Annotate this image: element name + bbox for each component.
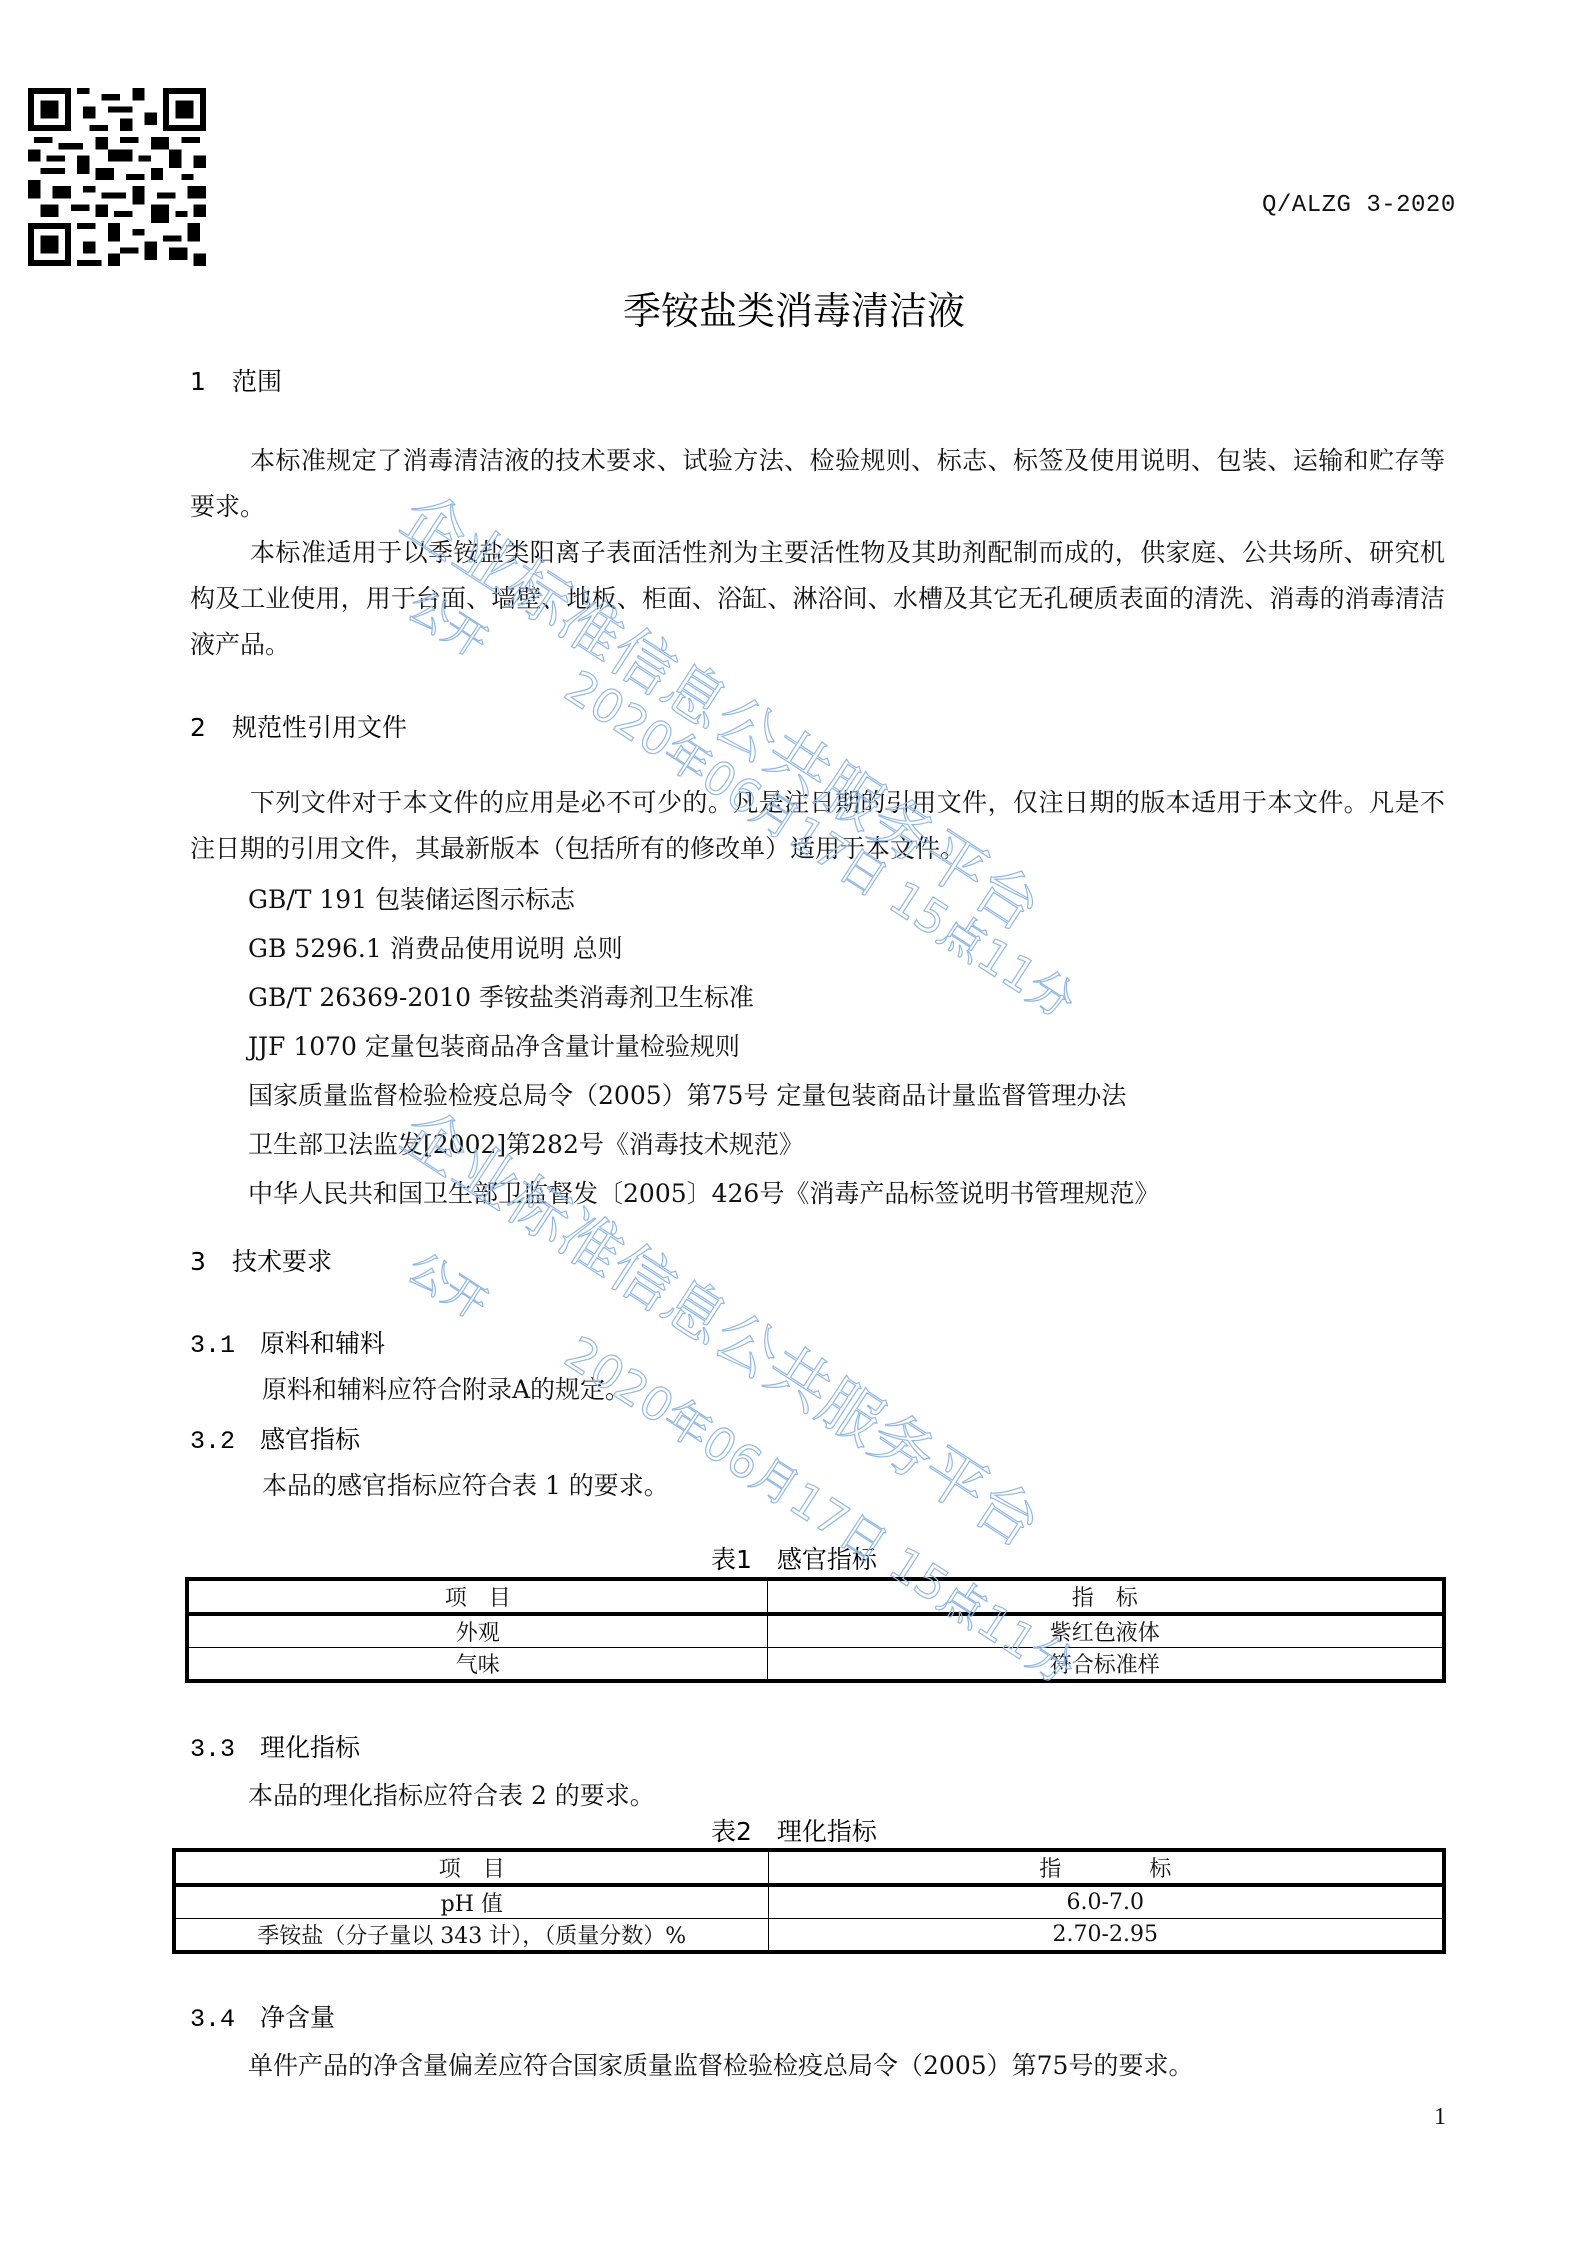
section-3-4-heading: 3.4净含量	[190, 1998, 335, 2034]
section-3-1-heading: 3.1原料和辅料	[190, 1324, 385, 1360]
table-cell: 季铵盐（分子量以 343 计），（质量分数）%	[174, 1919, 768, 1953]
qr-code-icon	[28, 88, 206, 266]
table-header-cell: 项 目	[174, 1850, 768, 1885]
section-number: 3.1	[190, 1331, 260, 1360]
section-3-3-heading: 3.3理化指标	[190, 1728, 360, 1764]
watermark-public: 公开	[397, 1236, 500, 1332]
table-header-cell: 指 标	[768, 1850, 1444, 1885]
table-cell: pH 值	[174, 1885, 768, 1919]
page-title: 季铵盐类消毒清洁液	[0, 280, 1588, 335]
section-number: 2	[190, 713, 232, 742]
references-intro: 下列文件对于本文件的应用是必不可少的。凡是注日期的引用文件，仅注日期的版本适用于…	[190, 780, 1445, 872]
section-3-2-heading: 3.2感官指标	[190, 1420, 360, 1456]
section-number: 3.3	[190, 1735, 260, 1764]
section-number: 1	[190, 367, 232, 396]
section-number: 3.2	[190, 1427, 260, 1456]
document-code: Q/ALZG 3-2020	[1262, 192, 1456, 219]
section-title: 净含量	[260, 2003, 335, 2032]
reference-item: GB 5296.1 消费品使用说明 总则	[248, 929, 623, 965]
table-cell: 紫红色液体	[767, 1614, 1444, 1648]
section-title: 理化指标	[260, 1733, 360, 1762]
table-header-cell: 项 目	[187, 1579, 767, 1614]
table-row: 季铵盐（分子量以 343 计），（质量分数）% 2.70-2.95	[174, 1919, 1444, 1953]
section-1-heading: 1范围	[190, 362, 282, 398]
reference-item: 卫生部卫法监发[2002]第282号《消毒技术规范》	[248, 1125, 804, 1161]
table-cell: 2.70-2.95	[768, 1919, 1444, 1953]
scope-paragraph-2: 本标准适用于以季铵盐类阳离子表面活性剂为主要活性物及其助剂配制而成的，供家庭、公…	[190, 530, 1445, 668]
section-title: 感官指标	[260, 1425, 360, 1454]
section-title: 范围	[232, 367, 282, 396]
table-header-row: 项 目 指 标	[187, 1579, 1444, 1614]
table-cell: 外观	[187, 1614, 767, 1648]
table-cell: 符合标准样	[767, 1648, 1444, 1682]
table-2-caption: 表2 理化指标	[0, 1812, 1588, 1848]
table-header-row: 项 目 指 标	[174, 1850, 1444, 1885]
section-3-1-text: 原料和辅料应符合附录A的规定。	[262, 1370, 630, 1406]
section-number: 3	[190, 1247, 232, 1276]
table-1-sensory: 项 目 指 标 外观 紫红色液体 气味 符合标准样	[185, 1577, 1446, 1683]
section-title: 规范性引用文件	[232, 713, 407, 742]
table-cell: 6.0-7.0	[768, 1885, 1444, 1919]
section-2-heading: 2规范性引用文件	[190, 708, 407, 744]
table-header-cell: 指 标	[767, 1579, 1444, 1614]
table-row: 外观 紫红色液体	[187, 1614, 1444, 1648]
scope-paragraph-1: 本标准规定了消毒清洁液的技术要求、试验方法、检验规则、标志、标签及使用说明、包装…	[190, 438, 1445, 530]
section-number: 3.4	[190, 2005, 260, 2034]
reference-item: GB/T 26369-2010 季铵盐类消毒剂卫生标准	[248, 978, 754, 1014]
table-2-physicochemical: 项 目 指 标 pH 值 6.0-7.0 季铵盐（分子量以 343 计），（质量…	[172, 1848, 1446, 1954]
section-3-heading: 3技术要求	[190, 1242, 332, 1278]
reference-item: JJF 1070 定量包装商品净含量计量检验规则	[248, 1027, 740, 1063]
table-row: pH 值 6.0-7.0	[174, 1885, 1444, 1919]
table-row: 气味 符合标准样	[187, 1648, 1444, 1682]
section-title: 原料和辅料	[260, 1329, 385, 1358]
section-3-3-text: 本品的理化指标应符合表 2 的要求。	[248, 1776, 655, 1812]
section-3-2-text: 本品的感官指标应符合表 1 的要求。	[262, 1466, 669, 1502]
reference-item: 中华人民共和国卫生部卫监督发〔2005〕426号《消毒产品标签说明书管理规范》	[248, 1174, 1159, 1210]
section-title: 技术要求	[232, 1247, 332, 1276]
reference-item: GB/T 191 包装储运图示标志	[248, 880, 575, 916]
page-number: 1	[1434, 2104, 1446, 2131]
reference-item: 国家质量监督检验检疫总局令（2005）第75号 定量包装商品计量监督管理办法	[248, 1076, 1126, 1112]
table-cell: 气味	[187, 1648, 767, 1682]
section-3-4-text: 单件产品的净含量偏差应符合国家质量监督检验检疫总局令（2005）第75号的要求。	[248, 2046, 1193, 2082]
table-1-caption: 表1 感官指标	[0, 1540, 1588, 1576]
